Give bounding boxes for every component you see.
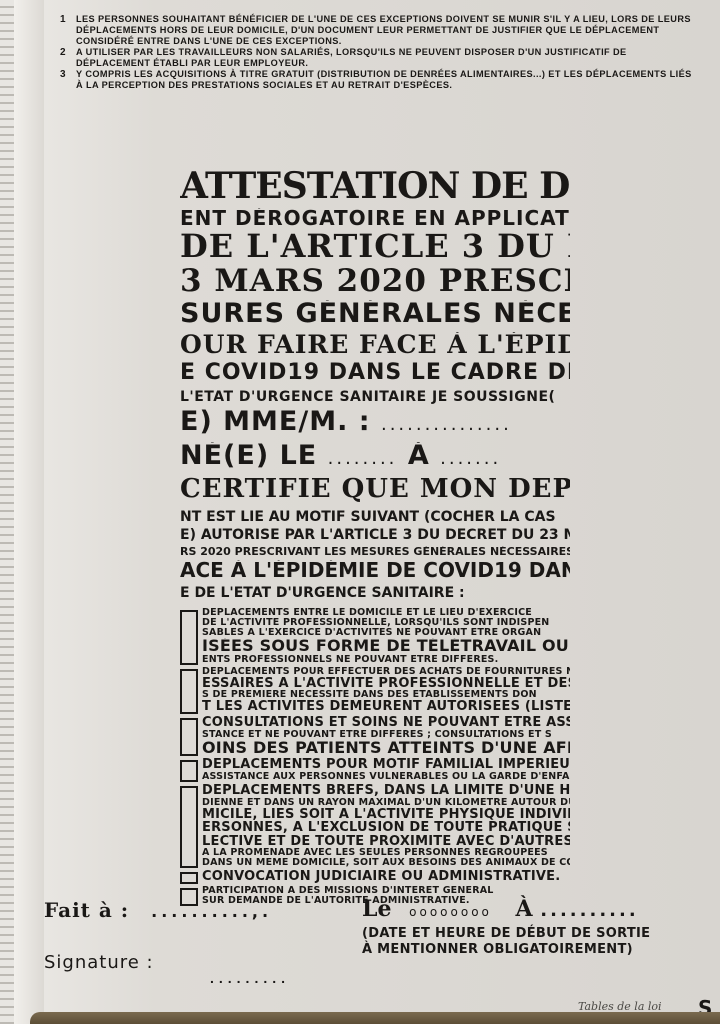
checkbox[interactable]: [180, 872, 198, 884]
born-label: Né(e) le: [180, 442, 317, 471]
table-edge: [30, 1012, 720, 1024]
birth-field[interactable]: Né(e) le ........ à .......: [180, 442, 570, 476]
name-field[interactable]: e) Mme/M. : ...............: [180, 408, 570, 442]
heading-line-6: our faire face à l'épidémie d: [180, 332, 570, 362]
option-text: déplacements entre le domicile et le lie…: [202, 608, 570, 618]
footnote-text: Y compris les acquisitions à titre gratu…: [76, 69, 700, 91]
page-curl-shadow: [14, 0, 44, 1024]
signature-label: Signature :: [44, 952, 154, 973]
time-dots[interactable]: ..........: [540, 900, 638, 921]
checkbox[interactable]: [180, 786, 198, 868]
footnote-1: 1 Les personnes souhaitant bénéficier de…: [60, 14, 700, 47]
option-text: déplacements pour motif familial impérie…: [202, 758, 570, 772]
option-text: déplacements pour effectuer des achats d…: [202, 667, 570, 677]
option-text: isées sous forme de télétravail ou dépla…: [202, 638, 570, 655]
footnotes: 1 Les personnes souhaitant bénéficier de…: [60, 14, 700, 91]
certify-line-4: rs 2020 prescrivant les mesures générale…: [180, 546, 570, 560]
le-label: Le: [362, 896, 391, 922]
certify-line-1: certifie que mon déplaceme: [180, 476, 570, 510]
checkbox[interactable]: [180, 610, 198, 665]
footnote-number: 3: [60, 69, 76, 91]
option-text: t les activités demeurent autorisées (li…: [202, 700, 570, 714]
heading-line-4: 3 mars 2020 prescrivant les me: [180, 266, 570, 300]
option-essential-shopping[interactable]: déplacements pour effectuer des achats d…: [180, 667, 570, 714]
option-summons[interactable]: convocation judiciaire ou administrative…: [180, 870, 570, 884]
name-dots[interactable]: ...............: [381, 414, 512, 435]
checkbox[interactable]: [180, 760, 198, 782]
option-text: à la promenade avec les seules personnes…: [202, 848, 570, 858]
date-field[interactable]: Le oooooooo À ..........: [362, 896, 639, 922]
fait-a-field[interactable]: Fait à : ..........,.: [44, 898, 272, 922]
option-text: assistance aux personnes vulnérables ou …: [202, 772, 570, 782]
option-text: oins des patients atteints d'une affecti…: [202, 740, 570, 757]
option-text: ents professionnels ne pouvant être diff…: [202, 655, 570, 665]
attestation-art-block: Attestation de déplacem ent dérogatoire …: [180, 168, 570, 908]
option-text: essaires à l'activité professionnelle et…: [202, 677, 570, 691]
checkbox[interactable]: [180, 718, 198, 756]
option-family[interactable]: déplacements pour motif familial impérie…: [180, 758, 570, 782]
option-work-travel[interactable]: déplacements entre le domicile et le lie…: [180, 608, 570, 665]
fait-a-dots[interactable]: ..........,.: [151, 902, 272, 921]
certify-line-3: e) autorisé par l'article 3 du décret du…: [180, 528, 570, 546]
option-text: participation à des missions d'intérêt g…: [202, 886, 570, 896]
option-text: stance et ne pouvant être différés ; con…: [202, 730, 570, 740]
certify-line-6: e de l'état d'urgence sanitaire :: [180, 586, 570, 604]
option-text: lective et de toute proximité avec d'aut…: [202, 835, 570, 849]
born-date-dots[interactable]: ........: [328, 448, 398, 469]
a-label: À: [516, 896, 533, 922]
certify-line-5: ace à l'épidémie de covid19 dans le cadr: [180, 560, 570, 586]
born-place-dots[interactable]: .......: [440, 448, 501, 469]
heading-line-2: ent dérogatoire en application: [180, 208, 570, 230]
footnote-3: 3 Y compris les acquisitions à titre gra…: [60, 69, 700, 91]
footnote-text: Les personnes souhaitant bénéficier de l…: [76, 14, 700, 47]
option-text: sables à l'exercice d'activités ne pouva…: [202, 628, 570, 638]
option-text: de l'activité professionnelle, lorsqu'il…: [202, 618, 570, 628]
heading-line-8: l'état d'urgence sanitaire je soussigné(: [180, 390, 570, 408]
heading-line-5: sures générales nécessaires p: [180, 300, 570, 332]
option-exercise[interactable]: déplacements brefs, dans la limite d'une…: [180, 784, 570, 868]
heading-line-3: de l'article 3 du décret du 2: [180, 230, 570, 266]
heading-line-7: e covid19 dans le cadre de: [180, 362, 570, 390]
option-text: micile, liés soit à l'activité physique …: [202, 808, 570, 822]
option-medical[interactable]: consultations et soins ne pouvant être a…: [180, 716, 570, 756]
date-dots[interactable]: oooooooo: [409, 905, 492, 919]
notebook-binding: [0, 0, 14, 1024]
footnote-number: 2: [60, 47, 76, 69]
footnote-text: A utiliser par les travailleurs non sala…: [76, 47, 700, 69]
option-text: convocation judiciaire ou administrative…: [202, 870, 570, 884]
checkbox[interactable]: [180, 669, 198, 714]
born-at-label: à: [408, 442, 430, 471]
option-text: déplacements brefs, dans la limite d'une…: [202, 784, 570, 798]
certify-line-2: nt est lié au motif suivant (cocher la c…: [180, 510, 570, 528]
name-label: e) Mme/M. :: [180, 408, 371, 437]
option-text: dans un même domicile, soit aux besoins …: [202, 858, 570, 868]
reason-options: déplacements entre le domicile et le lie…: [180, 608, 570, 906]
option-text: ersonnes, à l'exclusion de toute pratiqu…: [202, 821, 570, 835]
footnote-number: 1: [60, 14, 76, 47]
heading-line-1: Attestation de déplacem: [180, 168, 570, 208]
fait-a-label: Fait à :: [44, 898, 129, 922]
option-text: dienne et dans un rayon maximal d'un kil…: [202, 798, 570, 808]
signature-dots[interactable]: .........: [210, 970, 290, 986]
option-text: s de première nécessité dans des établis…: [202, 690, 570, 700]
date-time-note: (date et heure de début de sortie à ment…: [362, 926, 662, 958]
footnote-2: 2 A utiliser par les travailleurs non sa…: [60, 47, 700, 69]
option-text: consultations et soins ne pouvant être a…: [202, 716, 570, 730]
